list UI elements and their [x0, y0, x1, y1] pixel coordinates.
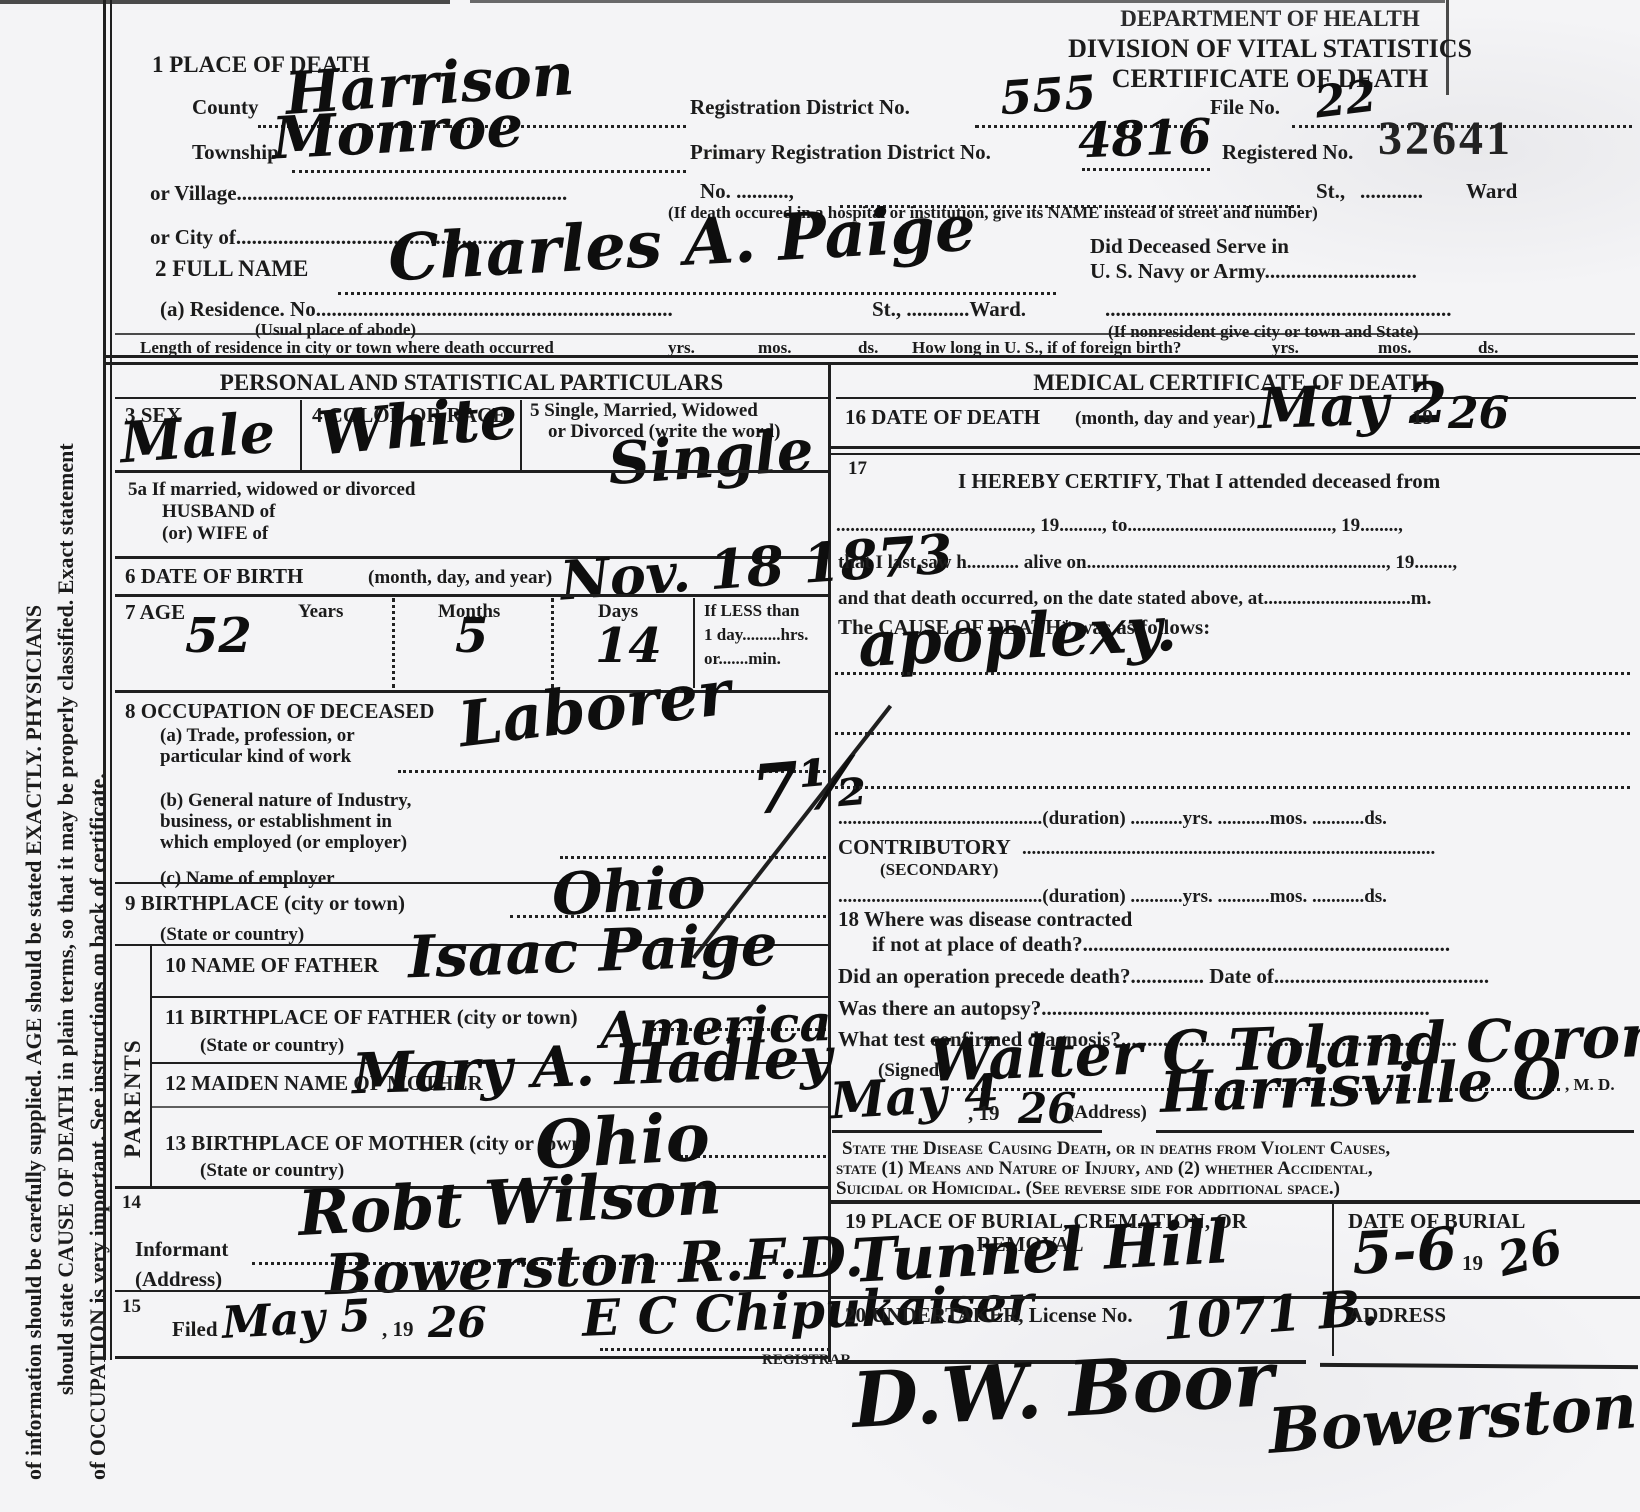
death-certificate-scan: of information should be carefully suppl… [0, 0, 1640, 1512]
father-name-value: Isaac Paige [407, 916, 778, 987]
residence-label: (a) Residence. No.......................… [160, 298, 673, 322]
occupation-b-label-2: business, or establishment in [160, 811, 392, 832]
divider-line [836, 397, 1636, 399]
occupation-a-label-2: particular kind of work [160, 746, 351, 767]
margin-instruction-3: of OCCUPATION is very important. See ins… [86, 80, 111, 1480]
if-less-label-1: If LESS than [704, 601, 799, 620]
primary-registration-value: 4816 [1077, 113, 1212, 166]
certify-text: I HEREBY CERTIFY, That I attended deceas… [958, 470, 1440, 494]
mother-maiden-name-value: Mary A. Hadley [351, 1030, 833, 1103]
divider-line [115, 1356, 831, 1359]
occupation-c-label: (c) Name of employer [160, 868, 335, 889]
filed-date-value: May 5 [221, 1294, 372, 1346]
signed-md-label: , M. D. [1565, 1075, 1615, 1094]
husband-wife-label-2: HUSBAND of [162, 501, 275, 522]
registered-no-label: Registered No. [1222, 141, 1353, 165]
color-race-value: White [316, 387, 520, 464]
divider-line [115, 594, 828, 597]
scan-artifact-line [0, 0, 450, 4]
duration-line-2: ........................................… [838, 886, 1387, 907]
mother-birthplace-label: 13 BIRTHPLACE OF MOTHER (city or town) [165, 1132, 590, 1156]
undertaker-address-label: ADDRESS [1348, 1304, 1446, 1328]
divider-line [828, 446, 1640, 449]
divider-line [828, 1200, 1640, 1204]
divider-line [1320, 1363, 1638, 1369]
father-birthplace-note: (State or country) [200, 1035, 344, 1056]
occupation-value: Laborer [455, 662, 734, 757]
cause-line-1 [835, 672, 1630, 675]
birthplace-note: (State or country) [160, 924, 304, 945]
county-label: County [192, 96, 259, 120]
abode-note: (Usual place of abode) [255, 320, 416, 339]
filed-19-label: , 19 [382, 1318, 414, 1342]
last-saw-line: that I last saw h........... alive on...… [838, 552, 1457, 573]
informant-address-label: (Address) [135, 1268, 222, 1292]
burial-19-label: 19 [1462, 1252, 1483, 1276]
navy-service-label-1: Did Deceased Serve in [1090, 235, 1289, 259]
parents-inner-border [150, 944, 152, 1186]
divider-line [103, 362, 1638, 365]
father-birthplace-label: 11 BIRTHPLACE OF FATHER (city or town) [165, 1006, 578, 1030]
cell-divider [551, 598, 554, 688]
filed-number: 15 [122, 1296, 141, 1317]
age-years-value: 52 [185, 612, 252, 660]
full-name-value: Charles A. Paige [387, 197, 977, 292]
township-value: Monroe [271, 96, 525, 167]
marital-status-value: Single [606, 421, 815, 493]
operation-line: Did an operation precede death?.........… [838, 965, 1489, 989]
date-of-death-year: 26 [1448, 392, 1509, 436]
township-line [292, 170, 686, 173]
township-label: Township [192, 141, 279, 165]
footnote-line-3: Suicidal or Homicidal. (See reverse side… [836, 1178, 1340, 1199]
file-no-value: 22 [1313, 74, 1379, 125]
age-days-value: 14 [595, 622, 662, 670]
footnote-line-2: state (1) Means and Nature of Injury, an… [836, 1158, 1373, 1179]
age-label: 7 AGE [125, 601, 185, 625]
full-name-label: 2 FULL NAME [155, 256, 308, 282]
registration-district-label: Registration District No. [690, 96, 910, 120]
date-of-death-19: 19 [1412, 406, 1433, 430]
occupation-b-label-3: which employed (or employer) [160, 832, 407, 853]
certify-number: 17 [848, 458, 867, 479]
occupation-a-label-1: (a) Trade, profession, or [160, 725, 355, 746]
residence-tail-line: ........................................… [1105, 298, 1452, 322]
divider-line [115, 470, 828, 473]
date-underline [832, 1130, 1102, 1133]
footnote-line-1: State the Disease Causing Death, or in d… [842, 1138, 1390, 1159]
header-division: DIVISION OF VITAL STATISTICS [1020, 34, 1520, 63]
filed-label: Filed [172, 1318, 218, 1342]
column-divider [828, 362, 831, 1362]
scan-artifact-line [470, 0, 1445, 3]
age-years-label: Years [298, 601, 343, 622]
cell-divider [300, 400, 302, 470]
cell-divider [392, 598, 395, 688]
margin-instruction-1: of information should be carefully suppl… [22, 20, 47, 1480]
address-label: (Address) [1068, 1102, 1147, 1123]
divider-line [828, 453, 1640, 455]
primary-registration-label: Primary Registration District No. [690, 141, 991, 165]
contributory-label: CONTRIBUTORY [838, 836, 1011, 860]
header-department: DEPARTMENT OF HEALTH [1020, 6, 1520, 32]
form-border [110, 0, 112, 1360]
ward-label: Ward [1466, 180, 1517, 204]
informant-number: 14 [122, 1192, 141, 1213]
date-of-death-note: (month, day and year) [1075, 408, 1256, 429]
address-underline [1156, 1130, 1634, 1133]
disease-contracted-label-2: if not at place of death?...............… [872, 933, 1450, 957]
cause-of-death-value: apoplexy. [857, 598, 1179, 677]
date-of-birth-label: 6 DATE OF BIRTH [125, 565, 303, 589]
disease-contracted-label-1: 18 Where was disease contracted [838, 908, 1132, 932]
husband-wife-label-3: (or) WIFE of [162, 523, 268, 544]
date-of-death-label: 16 DATE OF DEATH [845, 406, 1040, 430]
contributory-line: ........................................… [1022, 838, 1435, 859]
birthplace-label: 9 BIRTHPLACE (city or town) [125, 892, 405, 916]
burial-place-value: Tunnel Hill [851, 1212, 1231, 1292]
husband-wife-label-1: 5a If married, widowed or divorced [128, 479, 415, 500]
undertaker-signature-value: D.W. Boor [850, 1341, 1275, 1439]
burial-year-value: 26 [1493, 1223, 1566, 1283]
father-name-label: 10 NAME OF FATHER [165, 954, 379, 978]
informant-label: Informant [135, 1238, 228, 1262]
duration-line-1: ........................................… [838, 808, 1387, 829]
divider-line [150, 1106, 828, 1108]
undertaker-signature-place: Bowerston [1266, 1375, 1639, 1463]
residence-st-ward: St., ............Ward. [872, 298, 1026, 322]
signed-19-label: , 19 [968, 1102, 1000, 1126]
divider-line [115, 333, 1635, 335]
divider-line [115, 882, 828, 884]
margin-instruction-2: should state CAUSE OF DEATH in plain ter… [54, 15, 79, 1395]
registrar-signature-line [600, 1348, 830, 1351]
certify-dates-line: ........................................… [836, 515, 1403, 536]
ward-dots: ............ [1360, 180, 1423, 204]
registered-no-value: 32641 [1378, 112, 1513, 166]
undertaker-label: 20 UNDERTAKER, License No. [845, 1304, 1133, 1328]
address-value: Harrisville O [1159, 1051, 1562, 1121]
cause-line-3 [835, 786, 1630, 789]
divider-line [103, 355, 1638, 358]
occupation-b-label-1: (b) General nature of Industry, [160, 790, 411, 811]
burial-date-value: 5-6 [1351, 1219, 1459, 1282]
form-border [103, 0, 106, 1360]
if-less-label-2: 1 day.........hrs. [704, 625, 808, 644]
occupation-heading: 8 OCCUPATION OF DECEASED [125, 700, 434, 724]
date-of-birth-note: (month, day, and year) [368, 567, 552, 588]
parents-section-label: PARENTS [120, 958, 146, 1158]
sex-value: Male [118, 405, 277, 472]
cause-line-2 [835, 732, 1630, 735]
filed-year-value: 26 [428, 1302, 486, 1344]
navy-service-label-2: U. S. Navy or Army......................… [1090, 260, 1417, 284]
street-label: St., [1316, 180, 1345, 204]
secondary-label: (SECONDARY) [880, 860, 998, 879]
village-line: or Village..............................… [150, 182, 567, 206]
marital-label-1: 5 Single, Married, Widowed [530, 400, 758, 421]
medical-certificate-title: MEDICAL CERTIFICATE OF DEATH [831, 370, 1631, 396]
age-months-value: 5 [455, 612, 488, 660]
cell-divider [520, 400, 522, 470]
file-no-label: File No. [1210, 96, 1280, 120]
